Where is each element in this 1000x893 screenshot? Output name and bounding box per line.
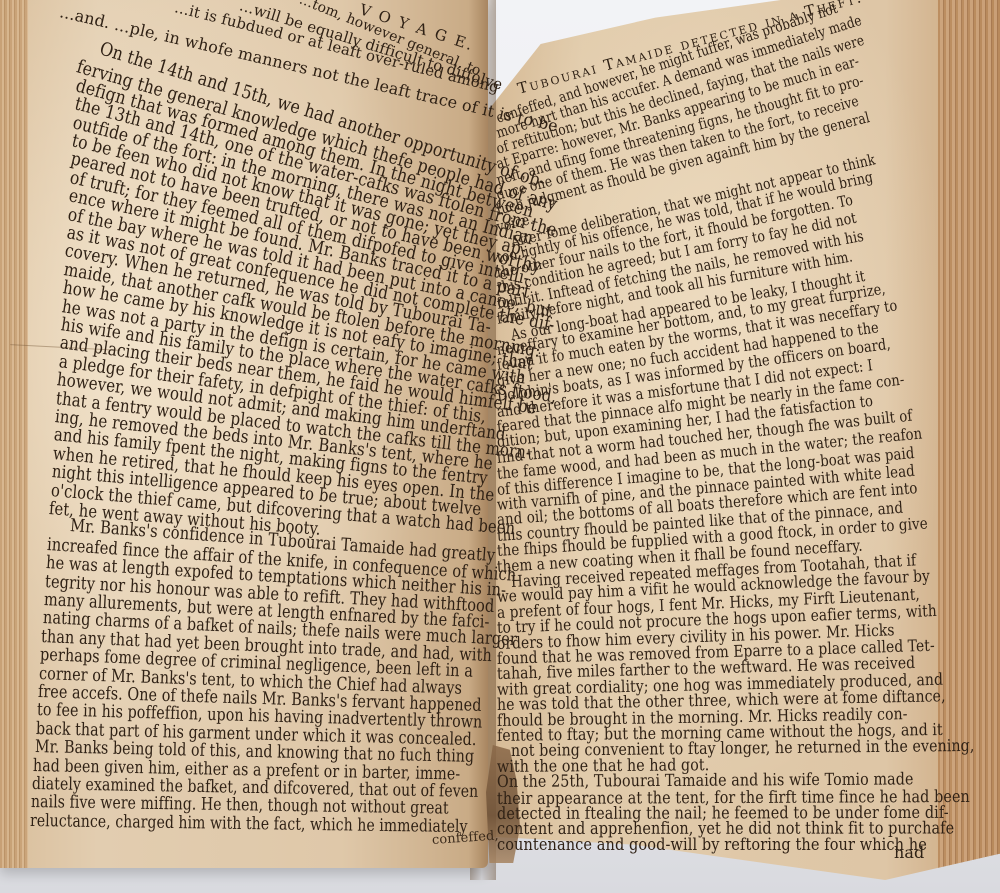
right-catchword: had: [894, 843, 924, 862]
open-book: V O Y A G E. ...tom, however general, to…: [0, 0, 1000, 893]
right-page-line: countenance and good-will by reftoring t…: [497, 836, 927, 853]
left-page-fore-edge: [0, 0, 28, 868]
